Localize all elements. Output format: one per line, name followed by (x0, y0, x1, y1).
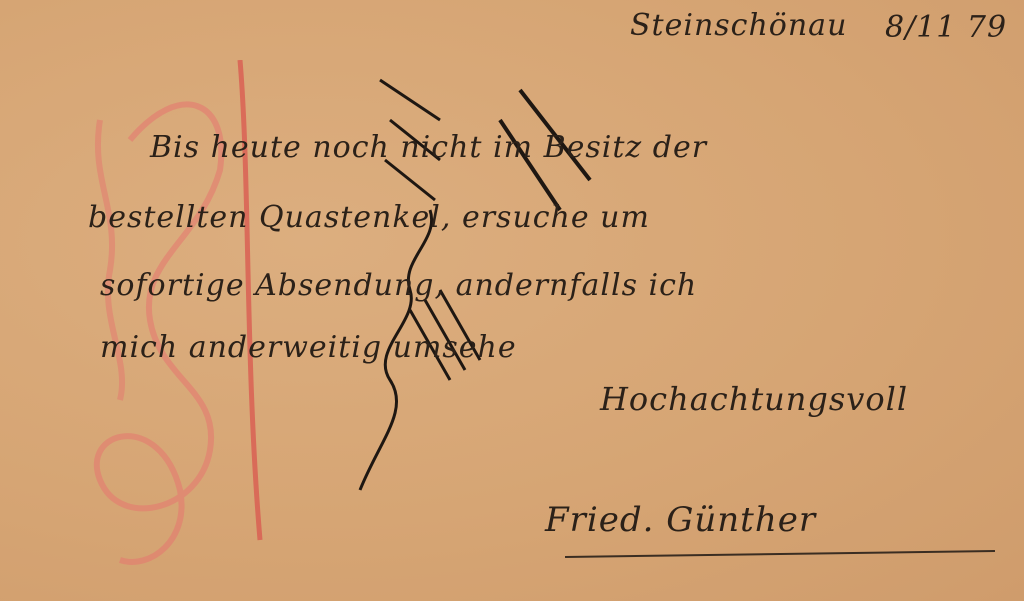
signature-underline (565, 550, 995, 558)
closing: Hochachtungsvoll (600, 380, 908, 418)
signature: Fried. Günther (545, 500, 816, 540)
body-line-4: mich anderweitig umsehe (100, 330, 517, 365)
date: 8/11 79 (885, 10, 1007, 45)
body-line-3: sofortige Absendung, andernfalls ich (100, 268, 697, 303)
body-line-2: bestellten Quastenkel, ersuche um (88, 200, 650, 235)
place-date-header: Steinschönau (630, 8, 847, 43)
postcard: Steinschönau 8/11 79 Bis heute noch nich… (0, 0, 1024, 601)
body-line-1: Bis heute noch nicht im Besitz der (150, 130, 707, 165)
